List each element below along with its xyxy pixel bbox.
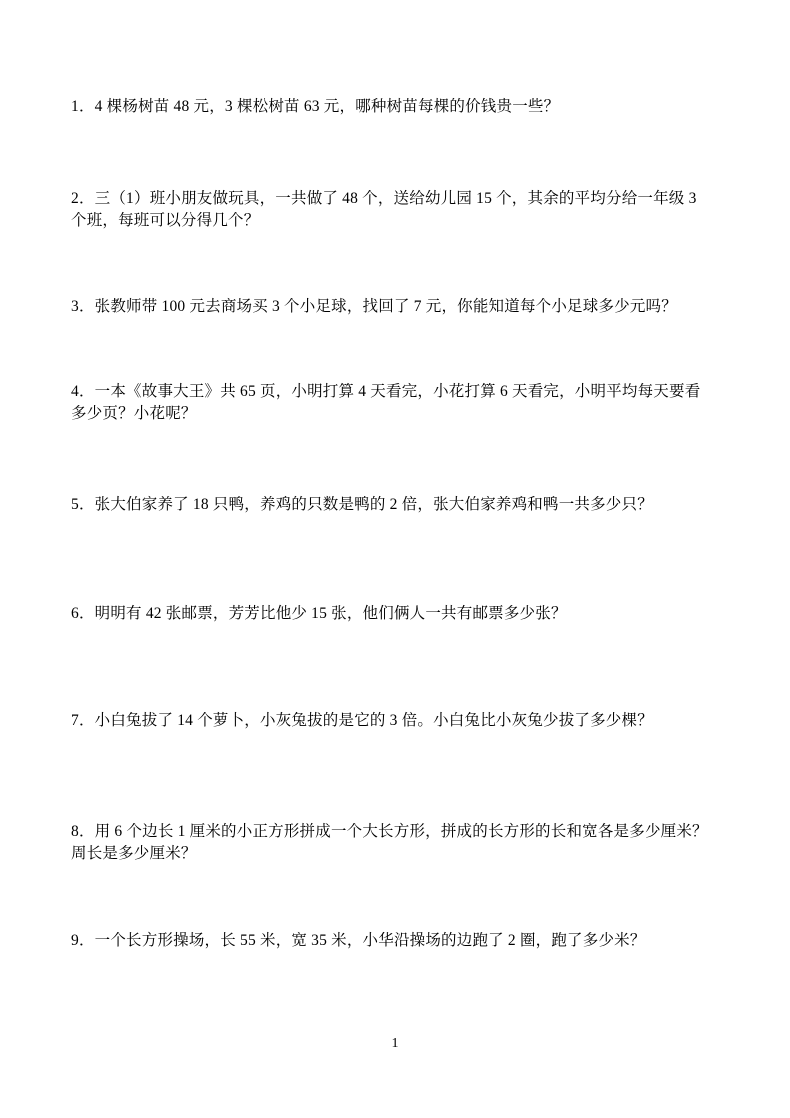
question-8-line-1: 8．用 6 个边长 1 厘米的小正方形拼成一个大长方形，拼成的长方形的长和宽各是… <box>71 821 731 843</box>
question-2-line-1: 2．三（1）班小朋友做玩具，一共做了 48 个，送给幼儿园 15 个，其余的平均… <box>71 188 731 210</box>
question-3-line-1: 3．张教师带 100 元去商场买 3 个小足球，找回了 7 元，你能知道每个小足… <box>71 296 731 318</box>
question-2: 2．三（1）班小朋友做玩具，一共做了 48 个，送给幼儿园 15 个，其余的平均… <box>71 188 731 232</box>
question-7: 7．小白兔拔了 14 个萝卜，小灰兔拔的是它的 3 倍。小白兔比小灰兔少拔了多少… <box>71 710 731 732</box>
question-5-line-1: 5．张大伯家养了 18 只鸭，养鸡的只数是鸭的 2 倍，张大伯家养鸡和鸭一共多少… <box>71 494 731 516</box>
worksheet-page: 1．4 棵杨树苗 48 元，3 棵松树苗 63 元，哪种树苗每棵的价钱贵一些？ … <box>0 0 790 1118</box>
question-9-line-1: 9．一个长方形操场，长 55 米，宽 35 米，小华沿操场的边跑了 2 圈，跑了… <box>71 930 731 952</box>
question-1-line-1: 1．4 棵杨树苗 48 元，3 棵松树苗 63 元，哪种树苗每棵的价钱贵一些？ <box>71 96 731 118</box>
page-number: 1 <box>0 1035 790 1053</box>
question-2-line-2: 个班，每班可以分得几个？ <box>71 210 731 232</box>
question-1: 1．4 棵杨树苗 48 元，3 棵松树苗 63 元，哪种树苗每棵的价钱贵一些？ <box>71 96 731 118</box>
question-4: 4．一本《故事大王》共 65 页，小明打算 4 天看完，小花打算 6 天看完，小… <box>71 381 731 425</box>
question-6-line-1: 6．明明有 42 张邮票，芳芳比他少 15 张，他们俩人一共有邮票多少张？ <box>71 603 731 625</box>
question-5: 5．张大伯家养了 18 只鸭，养鸡的只数是鸭的 2 倍，张大伯家养鸡和鸭一共多少… <box>71 494 731 516</box>
question-9: 9．一个长方形操场，长 55 米，宽 35 米，小华沿操场的边跑了 2 圈，跑了… <box>71 930 731 952</box>
question-6: 6．明明有 42 张邮票，芳芳比他少 15 张，他们俩人一共有邮票多少张？ <box>71 603 731 625</box>
question-4-line-2: 多少页？小花呢？ <box>71 403 731 425</box>
question-4-line-1: 4．一本《故事大王》共 65 页，小明打算 4 天看完，小花打算 6 天看完，小… <box>71 381 731 403</box>
question-8-line-2: 周长是多少厘米？ <box>71 843 731 865</box>
question-3: 3．张教师带 100 元去商场买 3 个小足球，找回了 7 元，你能知道每个小足… <box>71 296 731 318</box>
question-7-line-1: 7．小白兔拔了 14 个萝卜，小灰兔拔的是它的 3 倍。小白兔比小灰兔少拔了多少… <box>71 710 731 732</box>
question-8: 8．用 6 个边长 1 厘米的小正方形拼成一个大长方形，拼成的长方形的长和宽各是… <box>71 821 731 865</box>
